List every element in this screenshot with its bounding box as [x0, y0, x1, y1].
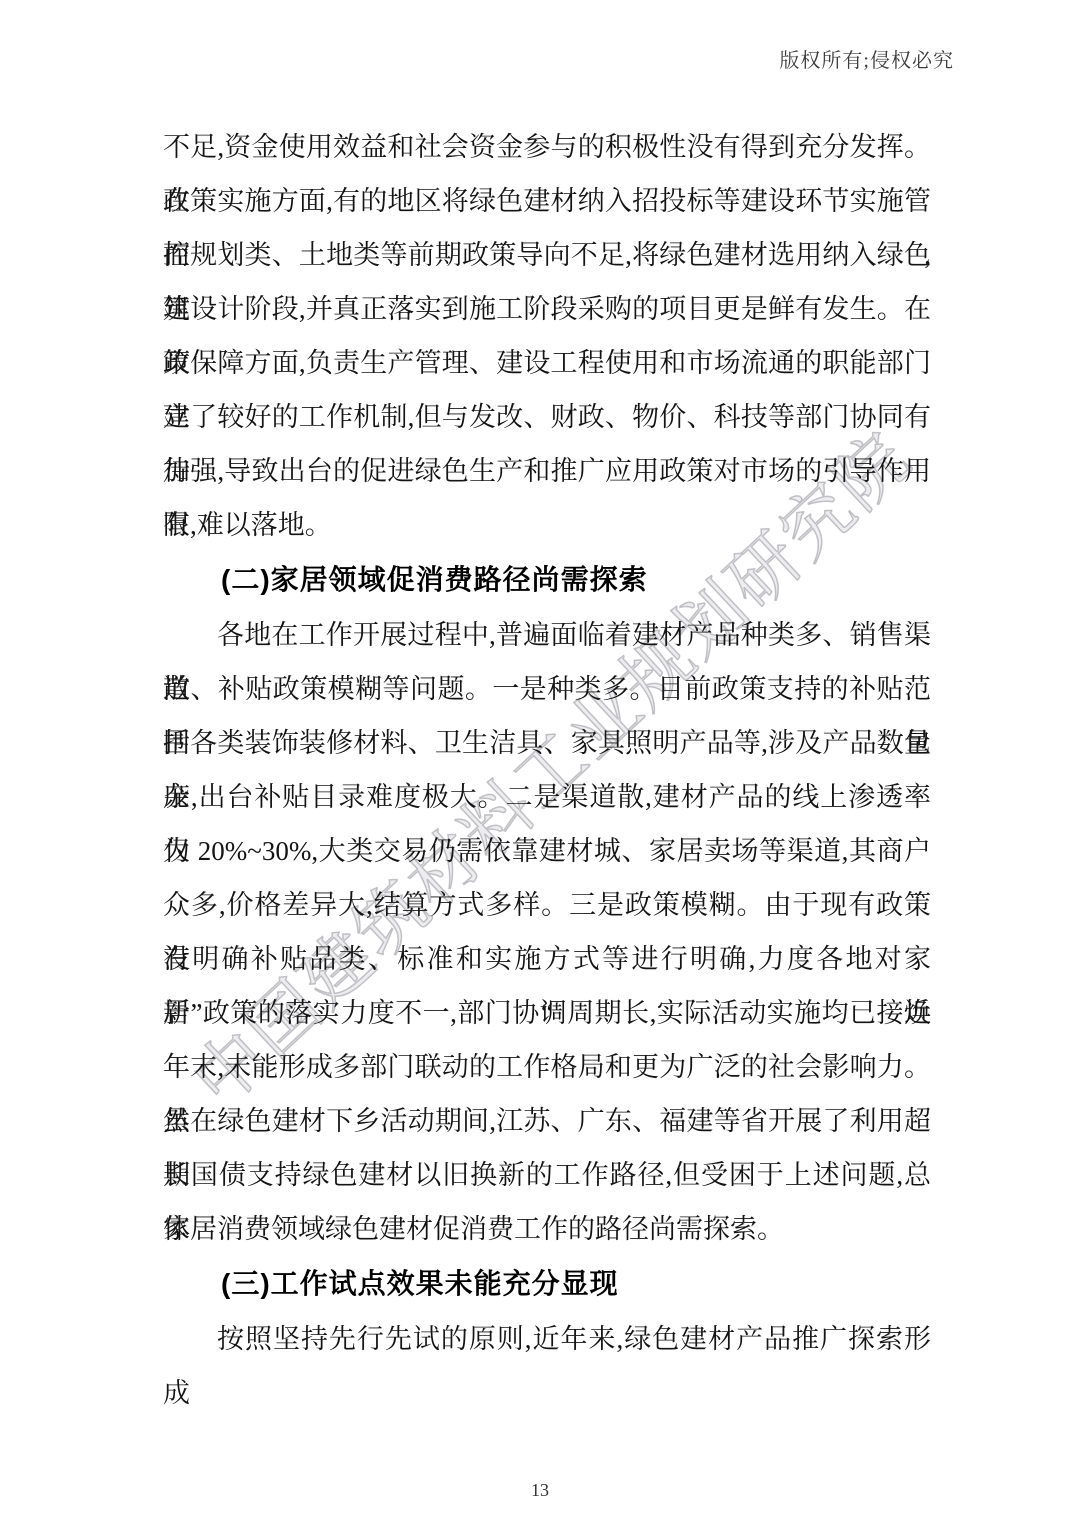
document-page: 版权所有;侵权必究 中国建筑材料工业规划研究院 不足,资金使用效益和社会资金参与…: [0, 0, 1080, 1527]
paragraph1-line: 立了较好的工作机制,但与发改、财政、物价、科技等部门协同有待: [163, 390, 931, 444]
paragraph2-line: 然在绿色建材下乡活动期间,江苏、广东、福建等省开展了利用超长: [163, 1094, 931, 1148]
paragraph1-line: 筑设计阶段,并真正落实到施工阶段采购的项目更是鲜有发生。在政: [163, 282, 931, 336]
paragraph2-line: 各地在工作开展过程中,普遍面临着建材产品种类多、销售渠道: [163, 608, 931, 662]
page-number: 13: [0, 1480, 1080, 1501]
paragraph1-line: 而规划类、土地类等前期政策导向不足,将绿色建材选用纳入绿色建: [163, 228, 931, 282]
copyright-notice: 版权所有;侵权必究: [779, 44, 954, 73]
paragraph2-line: 家居消费领域绿色建材促消费工作的路径尚需探索。: [163, 1202, 931, 1256]
paragraph2-line: 众多,价格差异大,结算方式多样。三是政策模糊。由于现有政策没: [163, 878, 931, 932]
paragraph2-line: 期国债支持绿色建材以旧换新的工作路径,但受困于上述问题,总体: [163, 1148, 931, 1202]
paragraph2-line: 散、补贴政策模糊等问题。一是种类多。目前政策支持的补贴范围包: [163, 662, 931, 716]
section-heading-3: (三)工作试点效果未能充分显现: [163, 1256, 931, 1312]
paragraph2-line: 有明确补贴品类、标准和实施方式等进行明确,力度各地对家居“焕: [163, 932, 931, 986]
paragraph2-line: 为 20%~30%,大类交易仍需依靠建材城、家居卖场等渠道,其商户: [163, 824, 931, 878]
paragraph1-line: 限,难以落地。: [163, 498, 931, 552]
paragraph1-line: 加强,导致出台的促进绿色生产和推广应用政策对市场的引导作用有: [163, 444, 931, 498]
paragraph1-line: 不足,资金使用效益和社会资金参与的积极性没有得到充分发挥。在: [163, 120, 931, 174]
paragraph2-line: 括各类装饰装修材料、卫生洁具、家具照明产品等,涉及产品数量庞: [163, 716, 931, 770]
paragraph1-line: 策保障方面,负责生产管理、建设工程使用和市场流通的职能部门建: [163, 336, 931, 390]
paragraph2-line: 年末,未能形成多部门联动的工作格局和更为广泛的社会影响力。虽: [163, 1040, 931, 1094]
paragraph2-line: 新”政策的落实力度不一,部门协调周期长,实际活动实施均已接近: [163, 986, 931, 1040]
paragraph3-line: 按照坚持先行先试的原则,近年来,绿色建材产品推广探索形成: [163, 1312, 931, 1366]
section-heading-2: (二)家居领域促消费路径尚需探索: [163, 552, 931, 608]
document-body: 不足,资金使用效益和社会资金参与的积极性没有得到充分发挥。在 政策实施方面,有的…: [163, 120, 931, 1366]
paragraph1-line: 政策实施方面,有的地区将绿色建材纳入招投标等建设环节实施管控,: [163, 174, 931, 228]
paragraph2-line: 杂,出台补贴目录难度极大。二是渠道散,建材产品的线上渗透率仅: [163, 770, 931, 824]
